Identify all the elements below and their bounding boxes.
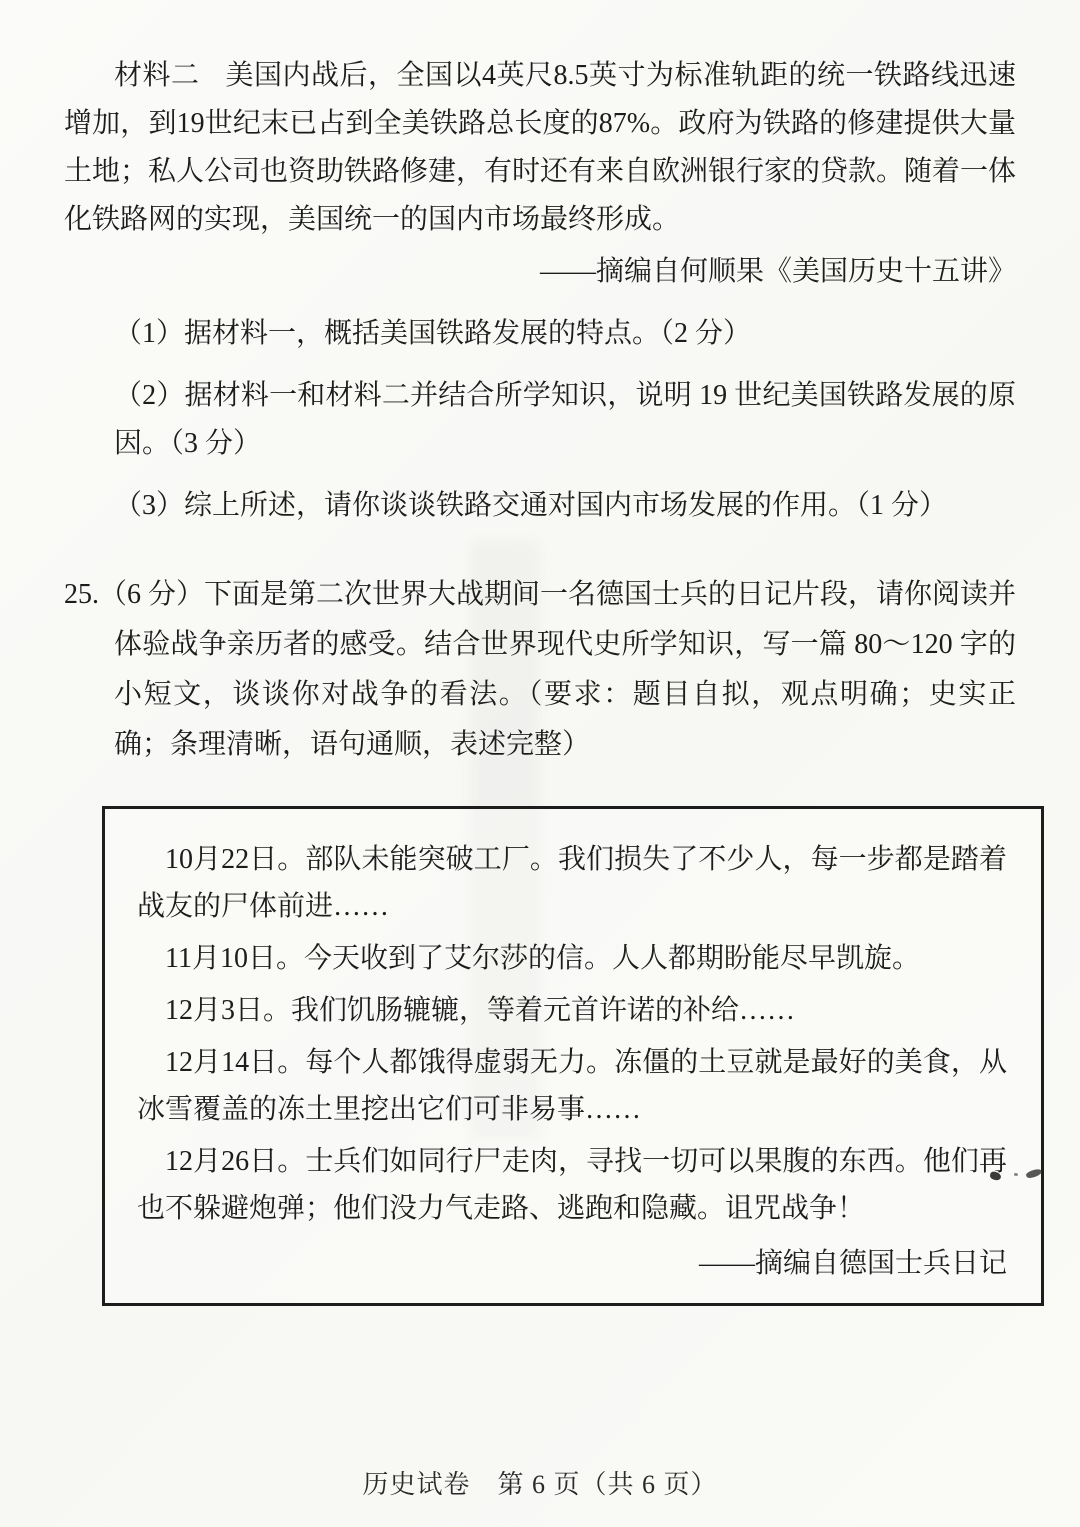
page-footer: 历史试卷 第 6 页（共 6 页） xyxy=(0,1464,1080,1501)
question-25-stem: 25.（6 分）下面是第二次世界大战期间一名德国士兵的日记片段，请你阅读并体验战… xyxy=(64,570,1016,770)
material-two-label: 材料二 xyxy=(114,60,200,91)
diary-source: ——摘编自德国士兵日记 xyxy=(137,1240,1007,1287)
material-two-paragraph: 材料二美国内战后，全国以4英尺8.5英寸为标准轨距的统一铁路线迅速增加，到19世… xyxy=(64,52,1016,244)
question-24-sub2: （2）据材料一和材料二并结合所学知识，说明 19 世纪美国铁路发展的原因。（3 … xyxy=(114,372,1016,468)
material-two-source: ——摘编自何顺果《美国历史十五讲》 xyxy=(64,248,1016,296)
question-24-sub1: （1）据材料一，概括美国铁路发展的特点。（2 分） xyxy=(114,310,1016,358)
material-two-text: 美国内战后，全国以4英尺8.5英寸为标准轨距的统一铁路线迅速增加，到19世纪末已… xyxy=(64,60,1016,235)
question-24-sub3: （3）综上所述，请你谈谈铁路交通对国内市场发展的作用。（1 分） xyxy=(114,482,1016,530)
diary-entry-dec14: 12月14日。每个人都饿得虚弱无力。冻僵的土豆就是最好的美食，从冰雪覆盖的冻土里… xyxy=(137,1039,1007,1133)
page-content: 材料二美国内战后，全国以4英尺8.5英寸为标准轨距的统一铁路线迅速增加，到19世… xyxy=(0,0,1080,1306)
diary-excerpt-box: 10月22日。部队未能突破工厂。我们损失了不少人，每一步都是踏着战友的尸体前进…… xyxy=(102,806,1044,1306)
diary-entry-dec26: 12月26日。士兵们如同行尸走肉，寻找一切可以果腹的东西。他们再也不躲避炮弹；他… xyxy=(137,1138,1007,1232)
diary-entry-oct22: 10月22日。部队未能突破工厂。我们损失了不少人，每一步都是踏着战友的尸体前进…… xyxy=(137,836,1007,930)
diary-entry-nov10: 11月10日。今天收到了艾尔莎的信。人人都期盼能尽早凯旋。 xyxy=(137,935,1007,982)
exam-paper-page: 材料二美国内战后，全国以4英尺8.5英寸为标准轨距的统一铁路线迅速增加，到19世… xyxy=(0,0,1080,1527)
diary-entry-dec3: 12月3日。我们饥肠辘辘，等着元首许诺的补给…… xyxy=(137,987,1007,1034)
